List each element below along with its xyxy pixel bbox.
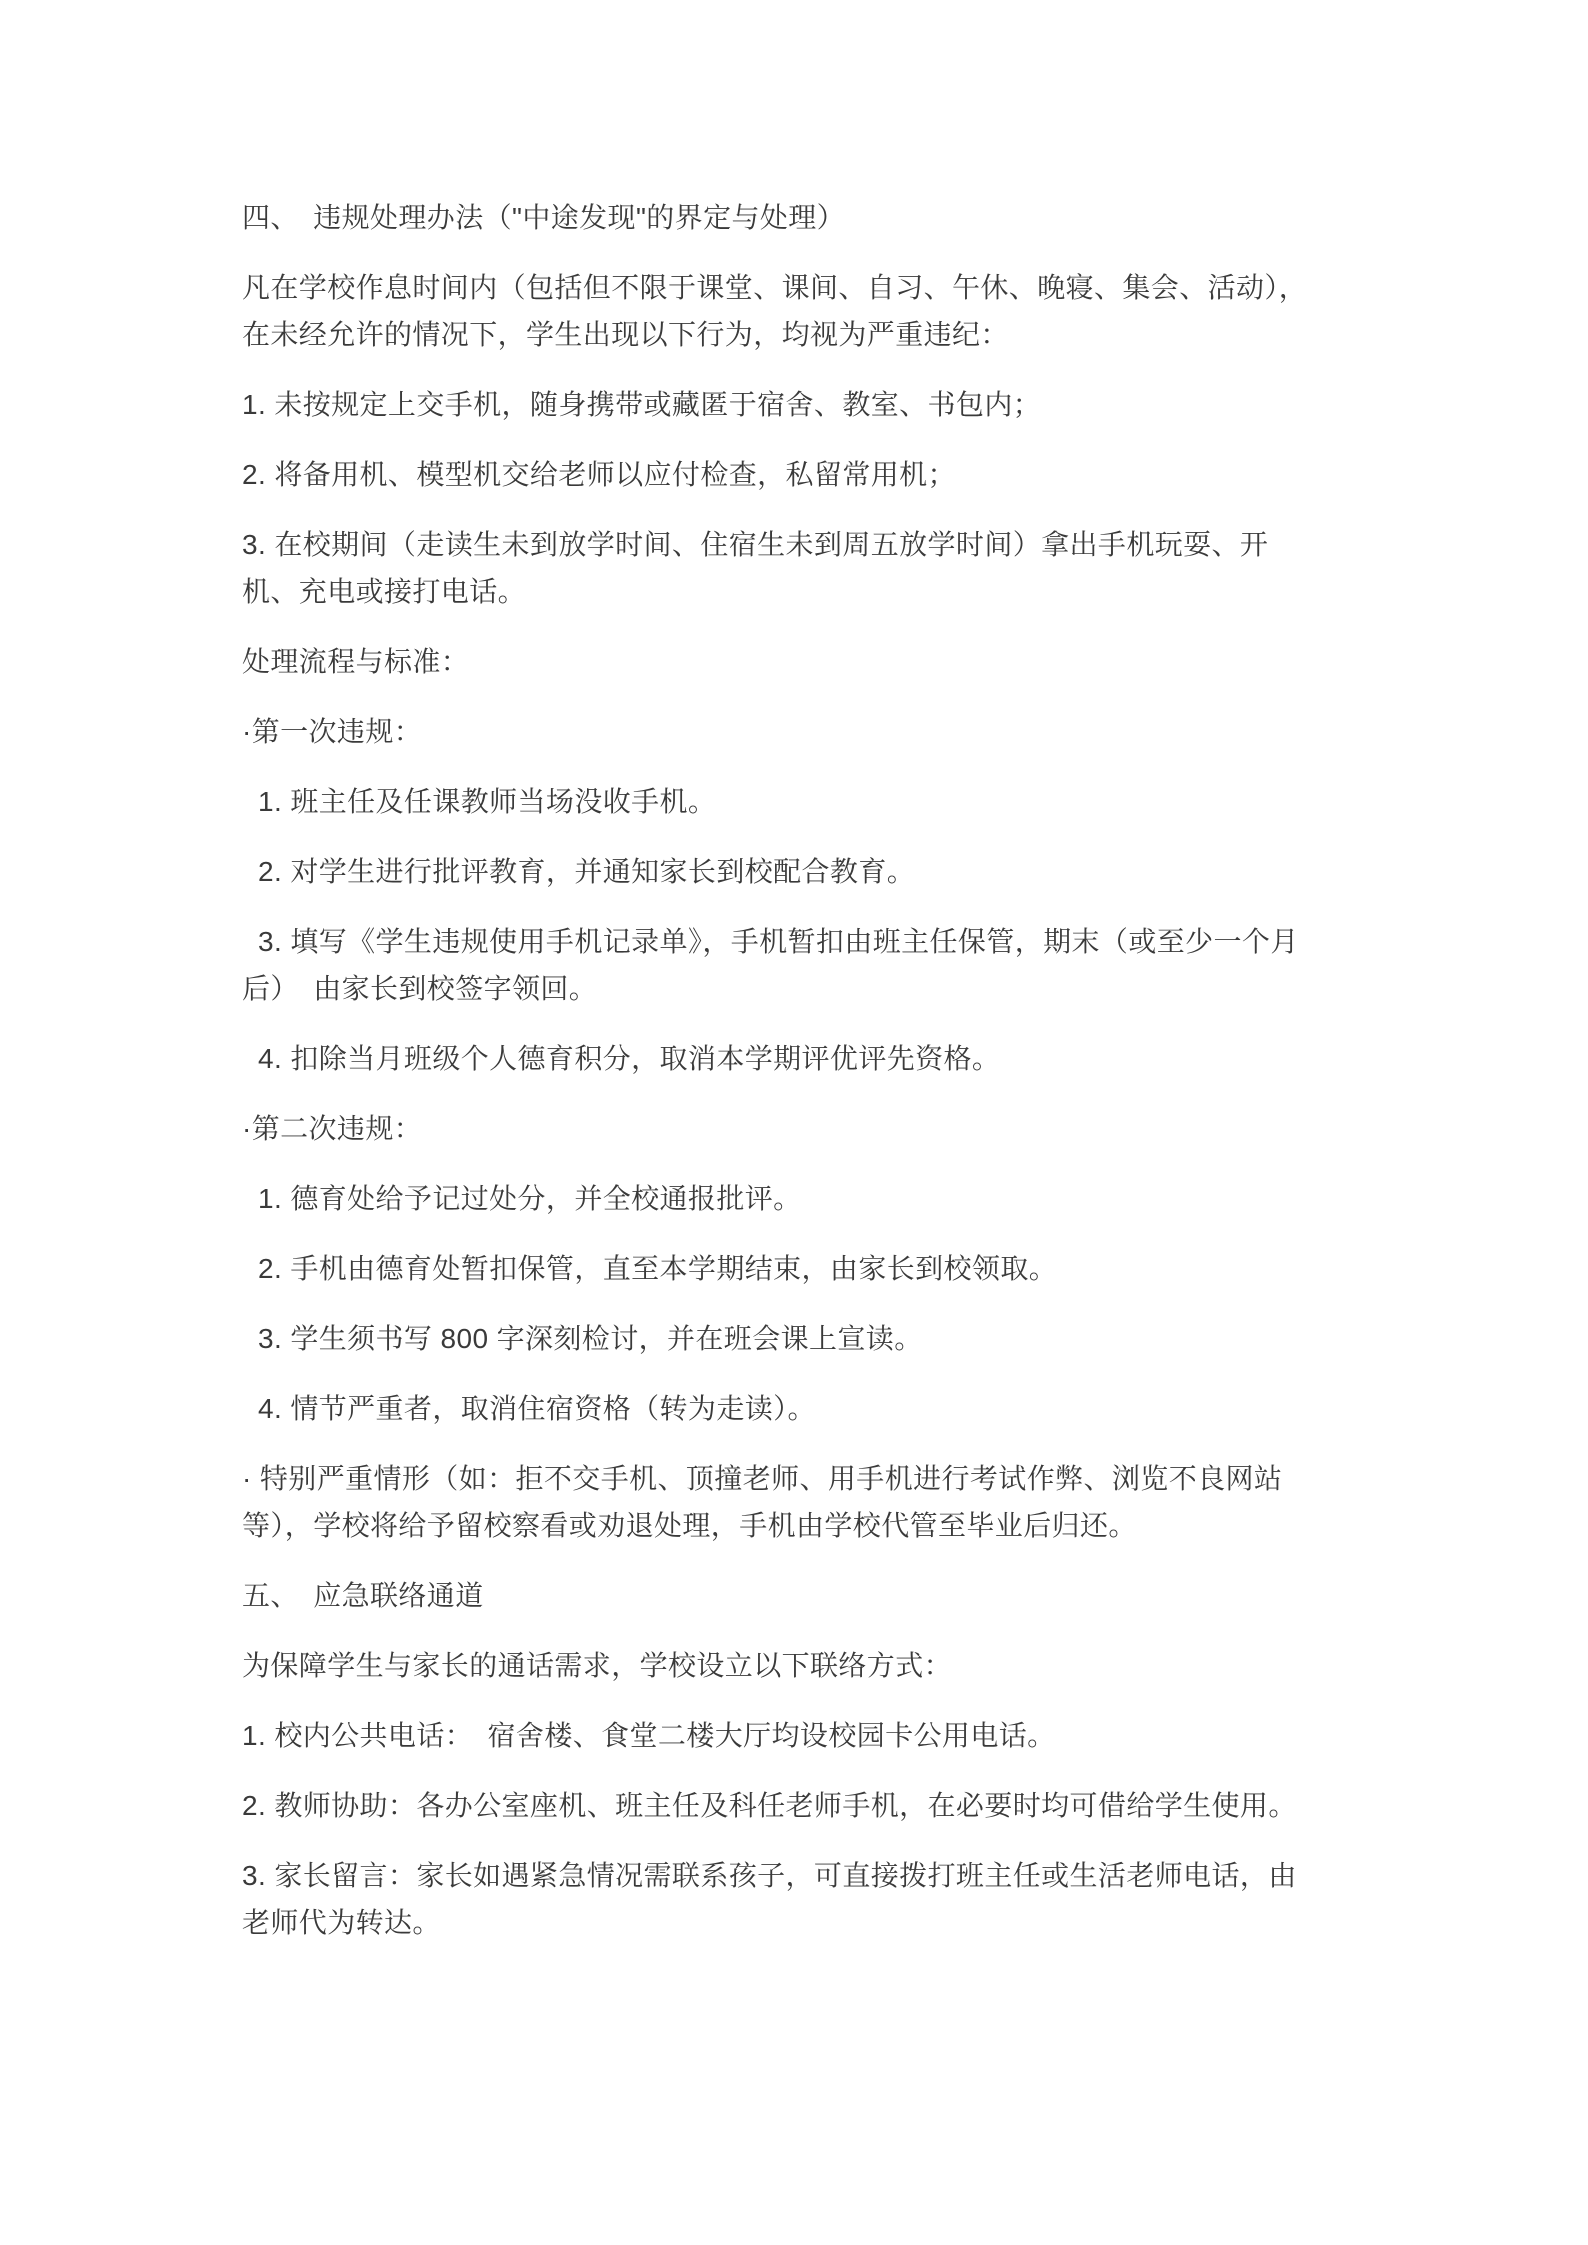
violation-behavior-3-line-1: 3. 在校期间（走读生未到放学时间、住宿生未到周五放学时间）拿出手机玩耍、开 (242, 521, 1472, 568)
severe-cases-note-line-1: · 特别严重情形（如：拒不交手机、顶撞老师、用手机进行考试作弊、浏览不良网站 (242, 1455, 1472, 1502)
contact-method-1: 1. 校内公共电话： 宿舍楼、食堂二楼大厅均设校园卡公用电话。 (242, 1712, 1472, 1759)
intro-paragraph: 凡在学校作息时间内（包括但不限于课堂、课间、自习、午休、晚寝、集会、活动）， 在… (242, 264, 1472, 358)
first-violation-step-4-text: 4. 扣除当月班级个人德育积分，取消本学期评优评先资格。 (242, 1035, 1472, 1082)
violation-behavior-1: 1. 未按规定上交手机，随身携带或藏匿于宿舍、教室、书包内； (242, 381, 1472, 428)
violation-behavior-3: 3. 在校期间（走读生未到放学时间、住宿生未到周五放学时间）拿出手机玩耍、开 机… (242, 521, 1472, 615)
contact-method-2: 2. 教师协助：各办公室座机、班主任及科任老师手机，在必要时均可借给学生使用。 (242, 1782, 1472, 1829)
contact-method-3-line-2: 老师代为转达。 (242, 1899, 1472, 1946)
first-violation-step-3: 3. 填写《学生违规使用手机记录单》，手机暂扣由班主任保管，期末（或至少一个月 … (242, 918, 1472, 1012)
contact-method-1-text: 1. 校内公共电话： 宿舍楼、食堂二楼大厅均设校园卡公用电话。 (242, 1712, 1472, 1759)
contact-method-3: 3. 家长留言：家长如遇紧急情况需联系孩子，可直接拨打班主任或生活老师电话，由 … (242, 1852, 1472, 1946)
first-violation-step-1-text: 1. 班主任及任课教师当场没收手机。 (242, 778, 1472, 825)
first-violation-step-4: 4. 扣除当月班级个人德育积分，取消本学期评优评先资格。 (242, 1035, 1472, 1082)
severe-cases-note: · 特别严重情形（如：拒不交手机、顶撞老师、用手机进行考试作弊、浏览不良网站 等… (242, 1455, 1472, 1549)
contact-intro-text: 为保障学生与家长的通话需求，学校设立以下联络方式： (242, 1642, 1472, 1689)
violation-behavior-2: 2. 将备用机、模型机交给老师以应付检查，私留常用机； (242, 451, 1472, 498)
section-heading-5: 五、 应急联络通道 (242, 1572, 1472, 1619)
second-violation-step-1-text: 1. 德育处给予记过处分，并全校通报批评。 (242, 1175, 1472, 1222)
first-violation-label: ·第一次违规： (242, 708, 1472, 755)
violation-behavior-3-line-2: 机、充电或接打电话。 (242, 568, 1472, 615)
severe-cases-note-line-2: 等），学校将给予留校察看或劝退处理，手机由学校代管至毕业后归还。 (242, 1502, 1472, 1549)
document-page: 四、 违规处理办法（"中途发现"的界定与处理） 凡在学校作息时间内（包括但不限于… (242, 194, 1472, 1969)
first-violation-step-2-text: 2. 对学生进行批评教育，并通知家长到校配合教育。 (242, 848, 1472, 895)
process-standards-text: 处理流程与标准： (242, 638, 1472, 685)
contact-method-3-line-1: 3. 家长留言：家长如遇紧急情况需联系孩子，可直接拨打班主任或生活老师电话，由 (242, 1852, 1472, 1899)
second-violation-step-3-text: 3. 学生须书写 800 字深刻检讨，并在班会课上宣读。 (242, 1315, 1472, 1362)
section-heading-4-text: 四、 违规处理办法（"中途发现"的界定与处理） (242, 194, 1472, 241)
process-standards-label: 处理流程与标准： (242, 638, 1472, 685)
violation-behavior-2-text: 2. 将备用机、模型机交给老师以应付检查，私留常用机； (242, 451, 1472, 498)
first-violation-step-3-line-2: 后） 由家长到校签字领回。 (242, 965, 1472, 1012)
section-heading-4: 四、 违规处理办法（"中途发现"的界定与处理） (242, 194, 1472, 241)
first-violation-step-1: 1. 班主任及任课教师当场没收手机。 (242, 778, 1472, 825)
second-violation-step-4-text: 4. 情节严重者，取消住宿资格（转为走读）。 (242, 1385, 1472, 1432)
second-violation-step-2: 2. 手机由德育处暂扣保管，直至本学期结束，由家长到校领取。 (242, 1245, 1472, 1292)
second-violation-step-2-text: 2. 手机由德育处暂扣保管，直至本学期结束，由家长到校领取。 (242, 1245, 1472, 1292)
second-violation-label-text: ·第二次违规： (242, 1105, 1472, 1152)
section-heading-5-text: 五、 应急联络通道 (242, 1572, 1472, 1619)
second-violation-step-4: 4. 情节严重者，取消住宿资格（转为走读）。 (242, 1385, 1472, 1432)
first-violation-step-2: 2. 对学生进行批评教育，并通知家长到校配合教育。 (242, 848, 1472, 895)
contact-method-2-text: 2. 教师协助：各办公室座机、班主任及科任老师手机，在必要时均可借给学生使用。 (242, 1782, 1472, 1829)
first-violation-label-text: ·第一次违规： (242, 708, 1472, 755)
second-violation-step-3: 3. 学生须书写 800 字深刻检讨，并在班会课上宣读。 (242, 1315, 1472, 1362)
violation-behavior-1-text: 1. 未按规定上交手机，随身携带或藏匿于宿舍、教室、书包内； (242, 381, 1472, 428)
second-violation-step-1: 1. 德育处给予记过处分，并全校通报批评。 (242, 1175, 1472, 1222)
intro-line-1: 凡在学校作息时间内（包括但不限于课堂、课间、自习、午休、晚寝、集会、活动）， (242, 264, 1472, 311)
intro-line-2: 在未经允许的情况下，学生出现以下行为，均视为严重违纪： (242, 311, 1472, 358)
contact-intro: 为保障学生与家长的通话需求，学校设立以下联络方式： (242, 1642, 1472, 1689)
first-violation-step-3-line-1: 3. 填写《学生违规使用手机记录单》，手机暂扣由班主任保管，期末（或至少一个月 (242, 918, 1472, 965)
second-violation-label: ·第二次违规： (242, 1105, 1472, 1152)
